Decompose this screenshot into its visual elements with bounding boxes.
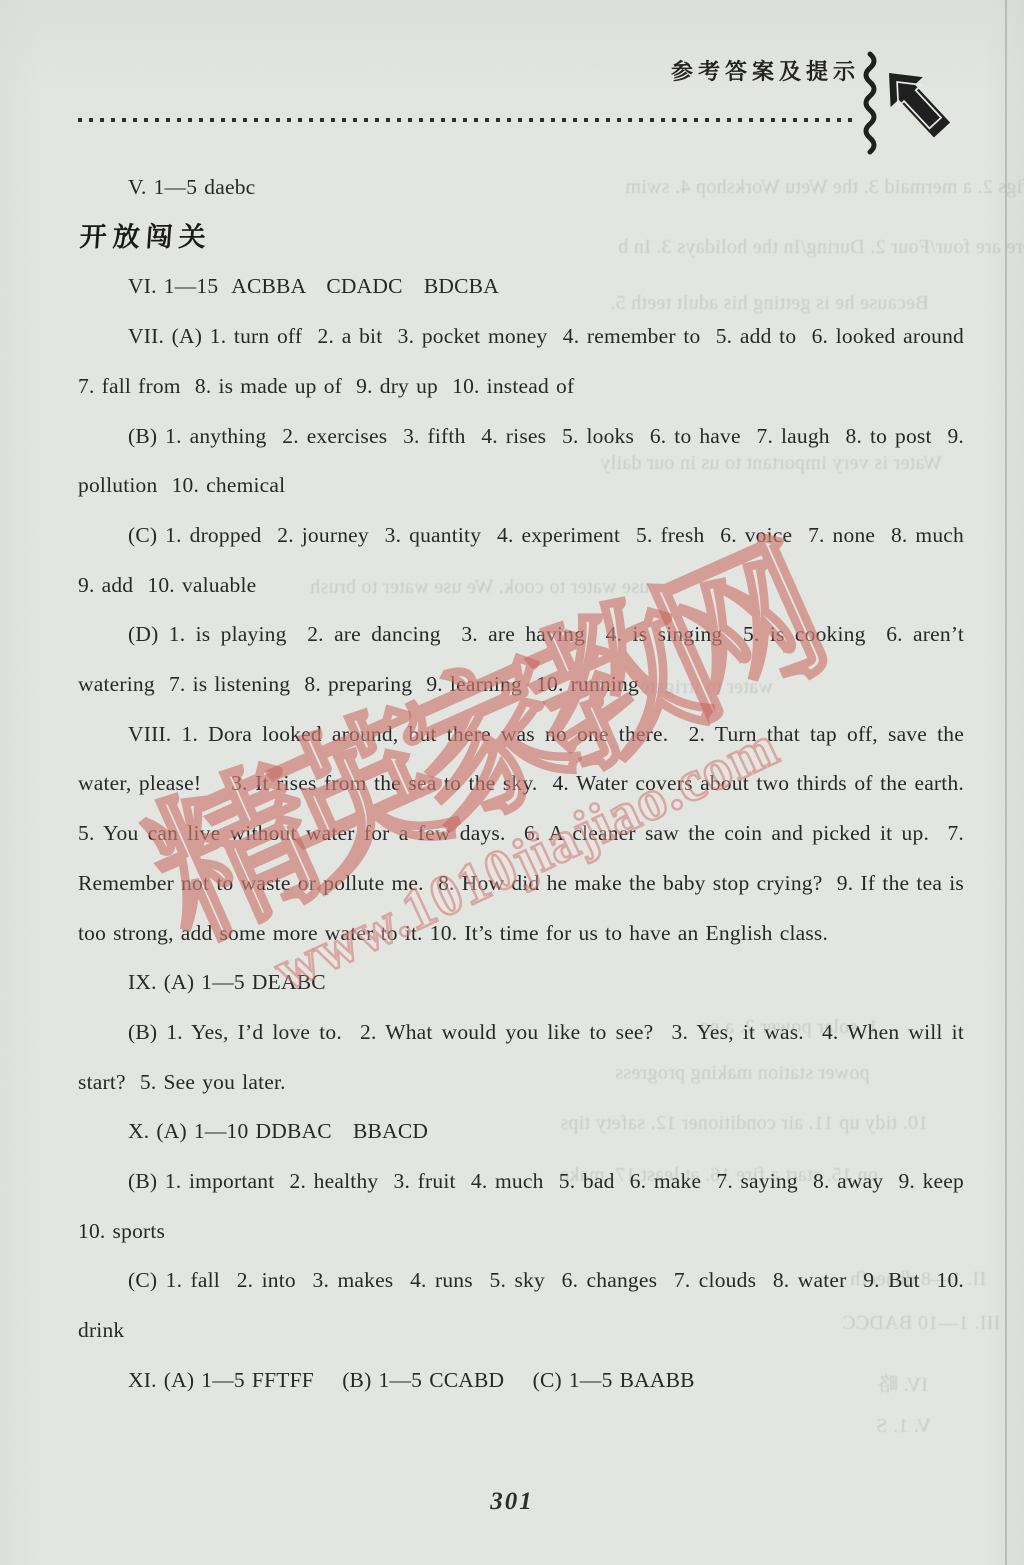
- section-heading: 开放闯关: [78, 213, 967, 263]
- answer-paragraph: (B) 1. important 2. healthy 3. fruit 4. …: [78, 1157, 964, 1256]
- dotted-divider: [78, 118, 858, 122]
- answer-paragraph: VII. (A) 1. turn off 2. a bit 3. pocket …: [78, 312, 964, 411]
- answer-paragraph: IX. (A) 1—5 DEABC: [78, 958, 964, 1008]
- page-number: 301: [0, 1488, 1024, 1516]
- up-left-arrow-icon: [889, 73, 950, 138]
- answer-paragraph: (B) 1. anything 2. exercises 3. fifth 4.…: [78, 412, 964, 511]
- answer-paragraph: (C) 1. fall 2. into 3. makes 4. runs 5. …: [78, 1256, 964, 1355]
- answer-paragraph: VIII. 1. Dora looked around, but there w…: [78, 710, 964, 959]
- answer-paragraph: V. 1—5 daebc: [78, 163, 964, 213]
- answer-paragraph: (B) 1. Yes, I’d love to. 2. What would y…: [78, 1008, 964, 1107]
- answer-paragraph: XI. (A) 1—5 FFTFF (B) 1—5 CCABD (C) 1—5 …: [78, 1356, 964, 1406]
- page-header-title: 参考答案及提示: [560, 55, 860, 86]
- wavy-line-icon: [866, 54, 874, 152]
- page-edge-line: [1005, 0, 1007, 1565]
- answer-paragraph: (D) 1. is playing 2. are dancing 3. are …: [78, 610, 964, 709]
- answer-paragraph: X. (A) 1—10 DDBAC BBACD: [78, 1107, 964, 1157]
- answer-paragraph: (C) 1. dropped 2. journey 3. quantity 4.…: [78, 511, 964, 610]
- answer-content: V. 1—5 daebc开放闯关VI. 1—15 ACBBA CDADC BDC…: [78, 163, 964, 1406]
- bleed-through-text: V. 1. S: [876, 1415, 931, 1438]
- answer-paragraph: VI. 1—15 ACBBA CDADC BDCBA: [78, 262, 964, 312]
- arrow-icon: [856, 48, 976, 163]
